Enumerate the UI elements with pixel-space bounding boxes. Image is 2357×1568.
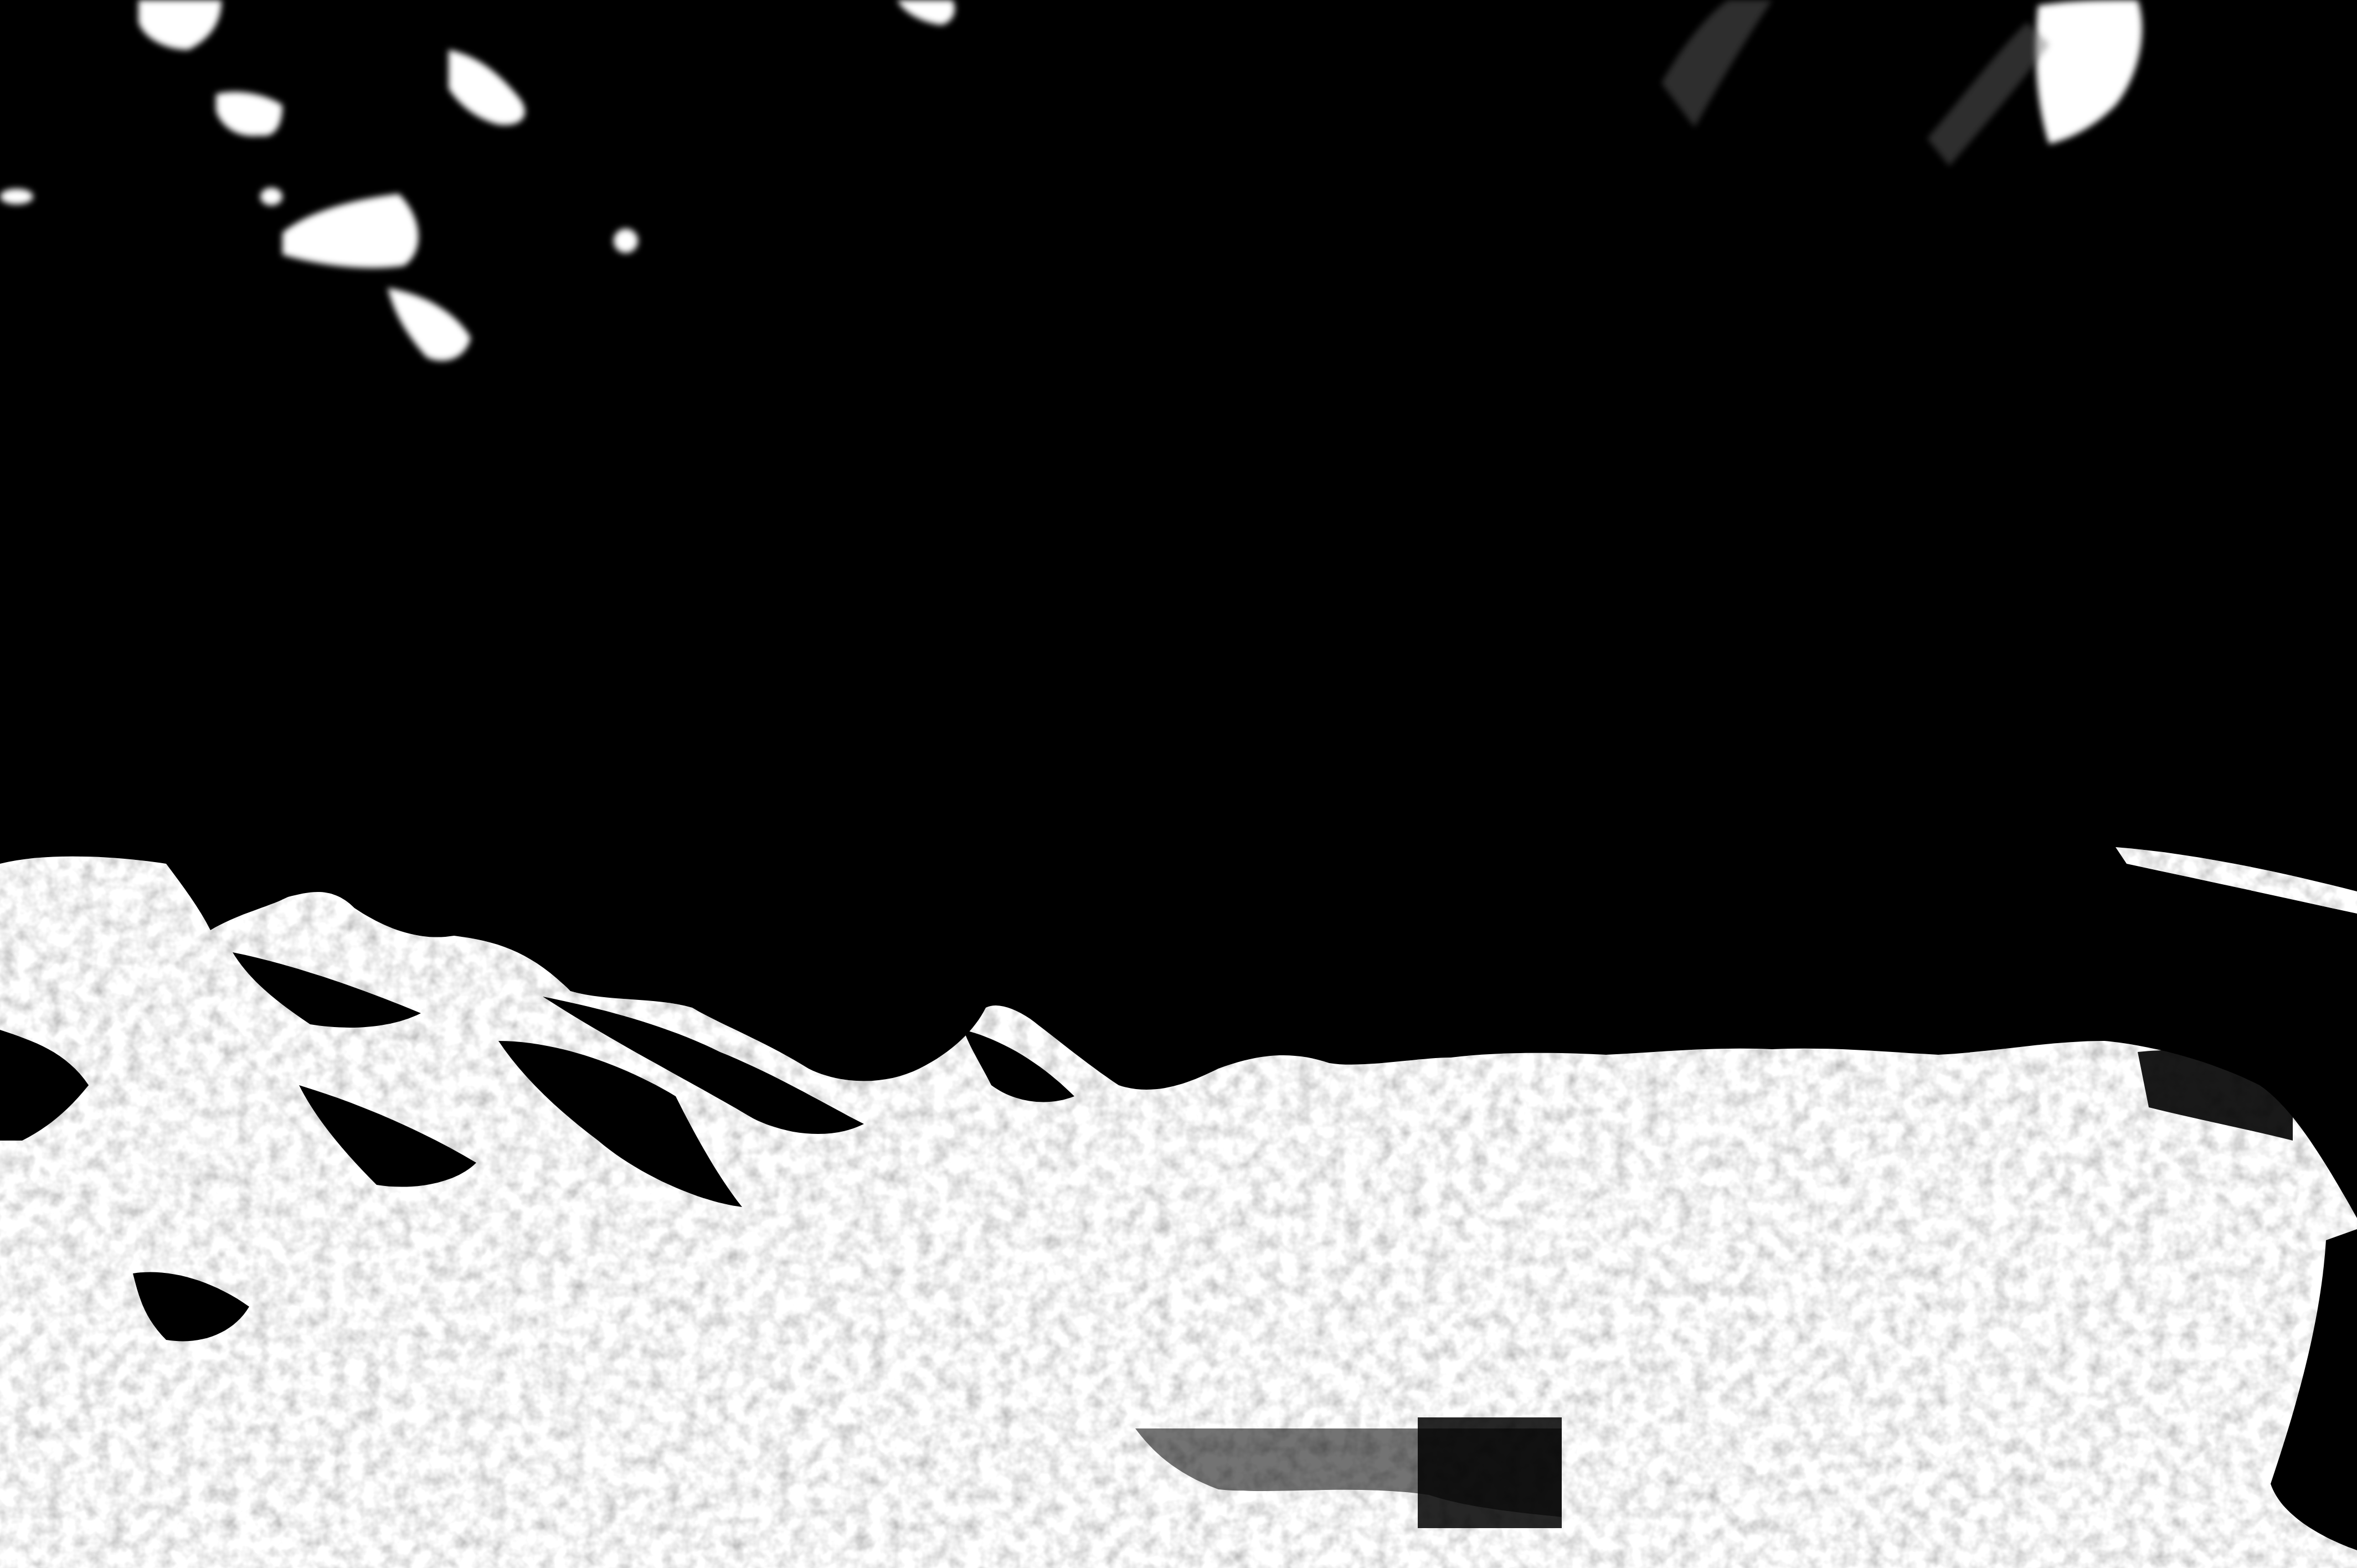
photo-scene: High-contrast black and white image of b… bbox=[0, 0, 2357, 1568]
scene-graphic bbox=[0, 0, 2357, 1568]
